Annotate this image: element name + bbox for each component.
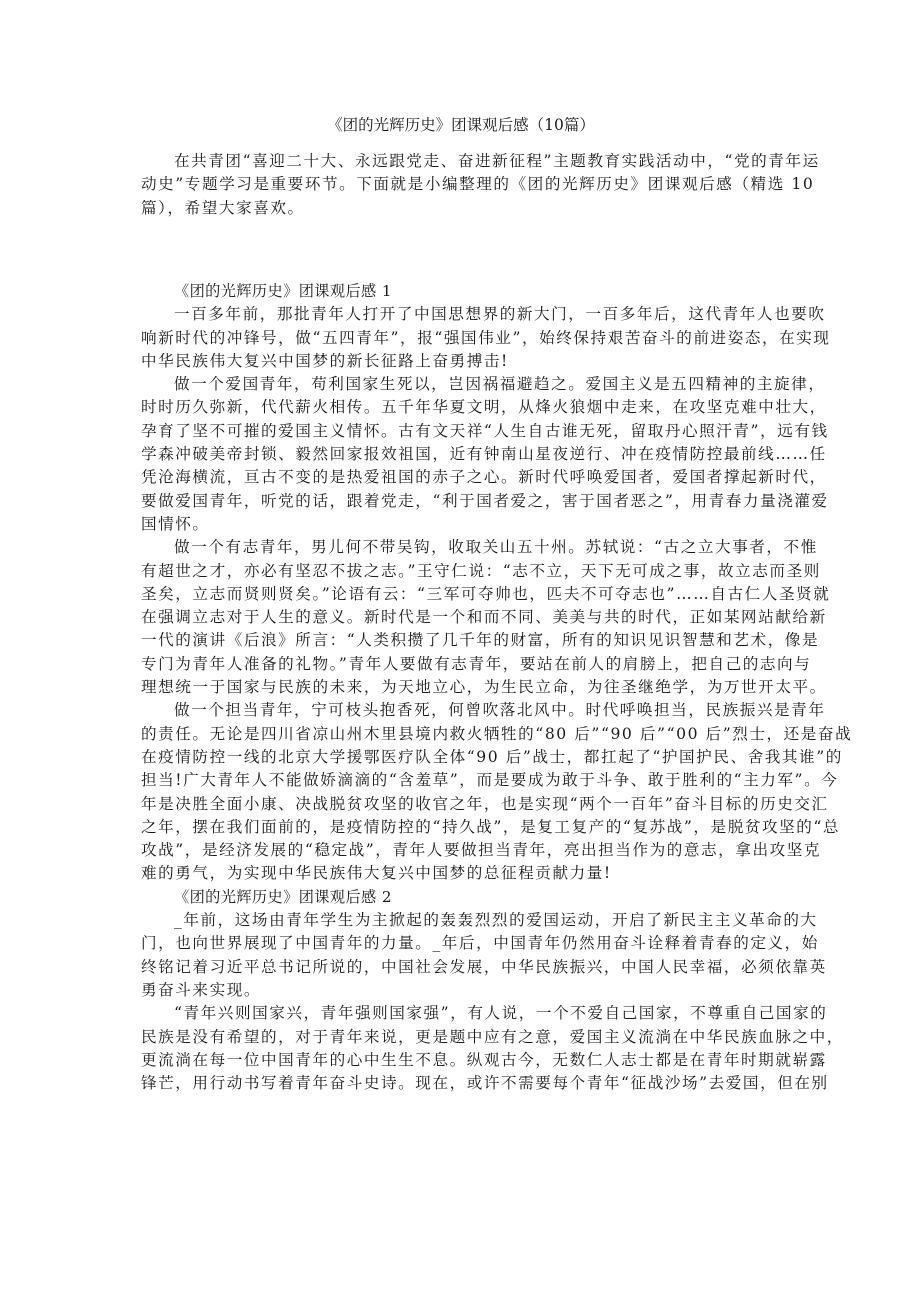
text-line: 孕育了坚不可摧的爱国主义情怀。古有文天祥“人生自古谁无死，留取丹心照汗青”，远有… <box>141 420 801 443</box>
text-line: 动史”专题学习是重要环节。下面就是小编整理的《团的光辉历史》团课观后感（精选 1… <box>141 173 801 196</box>
text-line: 响新时代的冲锋号，做“五四青年”，报“强国伟业”，始终保持艰苦奋斗的前进姿态，在… <box>141 327 801 350</box>
text-line: 一百多年前，那批青年人打开了中国思想界的新大门，一百多年后，这代青年人也要吹 <box>141 303 801 326</box>
paragraph: _年前，这场由青年学生为主掀起的轰轰烈烈的爱国运动，开启了新民主主义革命的大 门… <box>141 909 801 1002</box>
paragraph: 一百多年前，那批青年人打开了中国思想界的新大门，一百多年后，这代青年人也要吹 响… <box>141 303 801 373</box>
text-line: 在共青团“喜迎二十大、永远跟党走、奋进新征程”主题教育实践活动中，“党的青年运 <box>141 150 801 173</box>
text-line: 的责任。无论是四川省凉山州木里县境内救火牺牲的“80 后”“90 后”“00 后… <box>141 723 801 746</box>
section-heading: 《团的光辉历史》团课观后感 1 <box>141 280 801 303</box>
text-line: 在强调立志对于人生的意义。新时代是一个和而不同、美美与共的时代，正如某网站献给新 <box>141 606 801 629</box>
text-line: _年前，这场由青年学生为主掀起的轰轰烈烈的爱国运动，开启了新民主主义革命的大 <box>141 909 801 932</box>
paragraph: “青年兴则国家兴，青年强则国家强”，有人说，一个不爱自己国家，不尊重自己国家的 … <box>141 1002 801 1095</box>
text-line: “青年兴则国家兴，青年强则国家强”，有人说，一个不爱自己国家，不尊重自己国家的 <box>141 1002 801 1025</box>
text-line: 攻战”，是经济发展的“稳定战”，青年人要做担当青年，亮出担当作为的意志，拿出攻坚… <box>141 839 801 862</box>
text-line: 国情怀。 <box>141 513 801 536</box>
text-line: 担当!广大青年人不能做娇滴滴的“含羞草”，而是要成为敢于斗争、敢于胜利的“主力军… <box>141 769 801 792</box>
text-line: 中华民族伟大复兴中国梦的新长征路上奋勇搏击! <box>141 350 801 373</box>
text-line: 篇），希望大家喜欢。 <box>141 197 801 220</box>
text-line: 做一个爱国青年，苟利国家生死以，岂因祸福避趋之。爱国主义是五四精神的主旋律， <box>141 373 801 396</box>
text-line: 民族是没有希望的，对于青年来说，更是题中应有之意，爱国主义流淌在中华民族血脉之中… <box>141 1026 801 1049</box>
section-heading: 《团的光辉历史》团课观后感 2 <box>141 886 801 909</box>
text-line: 有超世之才，亦必有坚忍不拔之志。”王守仁说：“志不立，天下无可成之事，故立志而圣… <box>141 560 801 583</box>
text-line: 更流淌在每一位中国青年的心中生生不息。纵观古今，无数仁人志士都是在青年时期就崭露 <box>141 1049 801 1072</box>
paragraph: 做一个担当青年，宁可枝头抱香死，何曾吹落北风中。时代呼唤担当，民族振兴是青年 的… <box>141 699 801 885</box>
text-line: 专门为青年人准备的礼物。”青年人要做有志青年，要站在前人的肩膀上，把自己的志向与 <box>141 653 801 676</box>
text-line: 锋芒，用行动书写着青年奋斗史诗。现在，或许不需要每个青年“征战沙场”去爱国，但在… <box>141 1072 801 1095</box>
intro-paragraph: 在共青团“喜迎二十大、永远跟党走、奋进新征程”主题教育实践活动中，“党的青年运 … <box>141 150 801 220</box>
text-line: 学森冲破美帝封锁、毅然回家报效祖国，近有钟南山星夜逆行、冲在疫情防控最前线……任 <box>141 443 801 466</box>
text-line: 难的勇气，为实现中华民族伟大复兴中国梦的总征程贡献力量! <box>141 862 801 885</box>
text-line: 理想统一于国家与民族的未来，为天地立心，为生民立命，为往圣继绝学，为万世开太平。 <box>141 676 801 699</box>
text-line: 一代的演讲《后浪》所言：“人类积攒了几千年的财富，所有的知识见识智慧和艺术，像是 <box>141 629 801 652</box>
document-title: 《团的光辉历史》团课观后感（10篇） <box>141 114 781 136</box>
text-line: 做一个有志青年，男儿何不带吴钩，收取关山五十州。苏轼说：“古之立大事者，不惟 <box>141 536 801 559</box>
text-line: 门，也向世界展现了中国青年的力量。_年后，中国青年仍然用奋斗诠释着青春的定义，始 <box>141 932 801 955</box>
text-line: 凭沧海横流，亘古不变的是热爱祖国的赤子之心。新时代呼唤爱国者，爱国者撑起新时代， <box>141 466 801 489</box>
text-line: 在疫情防控一线的北京大学援鄂医疗队全体“90 后”战士，都扛起了“护国护民、舍我… <box>141 746 801 769</box>
text-line: 勇奋斗来实现。 <box>141 979 801 1002</box>
section-1: 《团的光辉历史》团课观后感 1 一百多年前，那批青年人打开了中国思想界的新大门，… <box>141 280 801 1095</box>
paragraph: 做一个爱国青年，苟利国家生死以，岂因祸福避趋之。爱国主义是五四精神的主旋律， 时… <box>141 373 801 536</box>
text-line: 圣矣，立志而贤则贤矣。”论语有云：“三军可夺帅也，匹夫不可夺志也”……自古仁人圣… <box>141 583 801 606</box>
text-line: 时时历久弥新，代代薪火相传。五千年华夏文明，从烽火狼烟中走来，在攻坚克难中壮大， <box>141 396 801 419</box>
text-line: 做一个担当青年，宁可枝头抱香死，何曾吹落北风中。时代呼唤担当，民族振兴是青年 <box>141 699 801 722</box>
text-line: 年是决胜全面小康、决战脱贫攻坚的收官之年，也是实现“两个一百年”奋斗目标的历史交… <box>141 793 801 816</box>
paragraph: 做一个有志青年，男儿何不带吴钩，收取关山五十州。苏轼说：“古之立大事者，不惟 有… <box>141 536 801 699</box>
text-line: 之年，摆在我们面前的，是疫情防控的“持久战”，是复工复产的“复苏战”，是脱贫攻坚… <box>141 816 801 839</box>
text-line: 终铭记着习近平总书记所说的，中国社会发展，中华民族振兴，中国人民幸福，必须依靠英 <box>141 956 801 979</box>
text-line: 要做爱国青年，听党的话，跟着党走，“利于国者爱之，害于国者恶之”，用青春力量浇灌… <box>141 490 801 513</box>
